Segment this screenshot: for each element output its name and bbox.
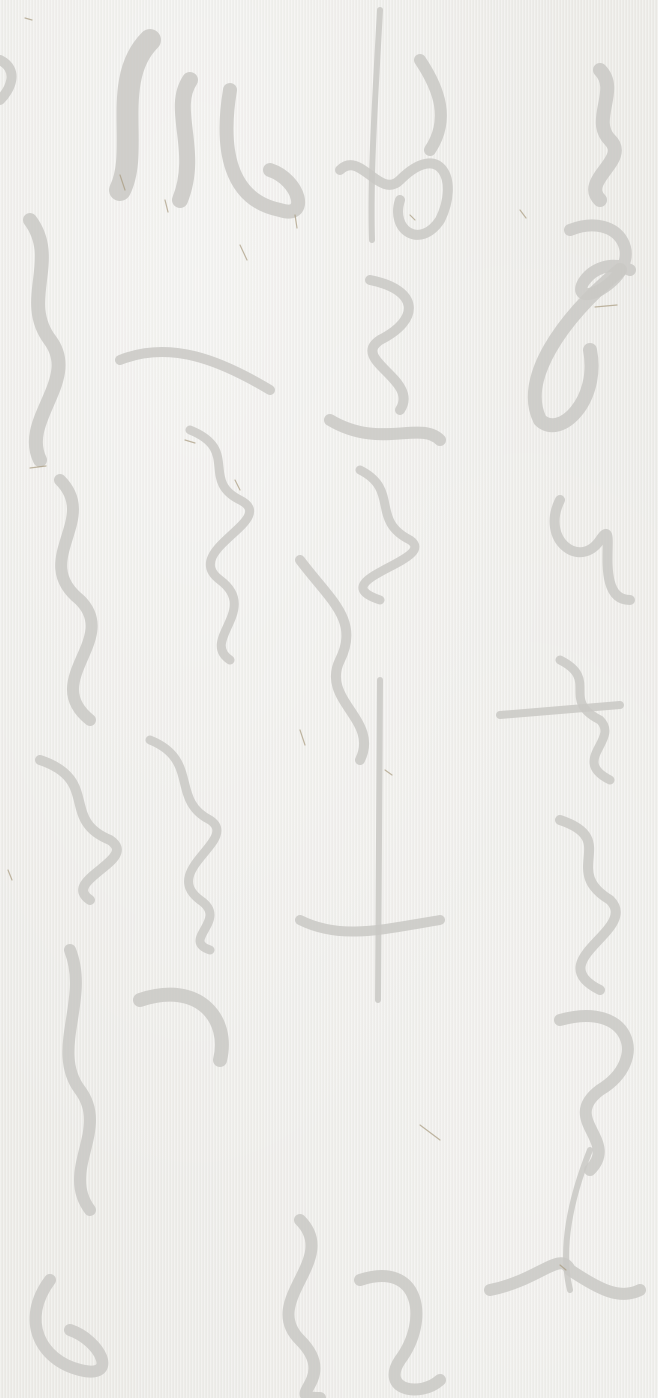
calligraphy-column-center-left [120,40,298,950]
calligraphy-watermark [0,0,658,1398]
calligraphy-column-right [490,70,640,1294]
calligraphy-column-center [288,10,447,1398]
paper-fibers [8,18,617,1270]
paper-background [0,0,658,1398]
calligraphy-column-left [0,60,222,1372]
